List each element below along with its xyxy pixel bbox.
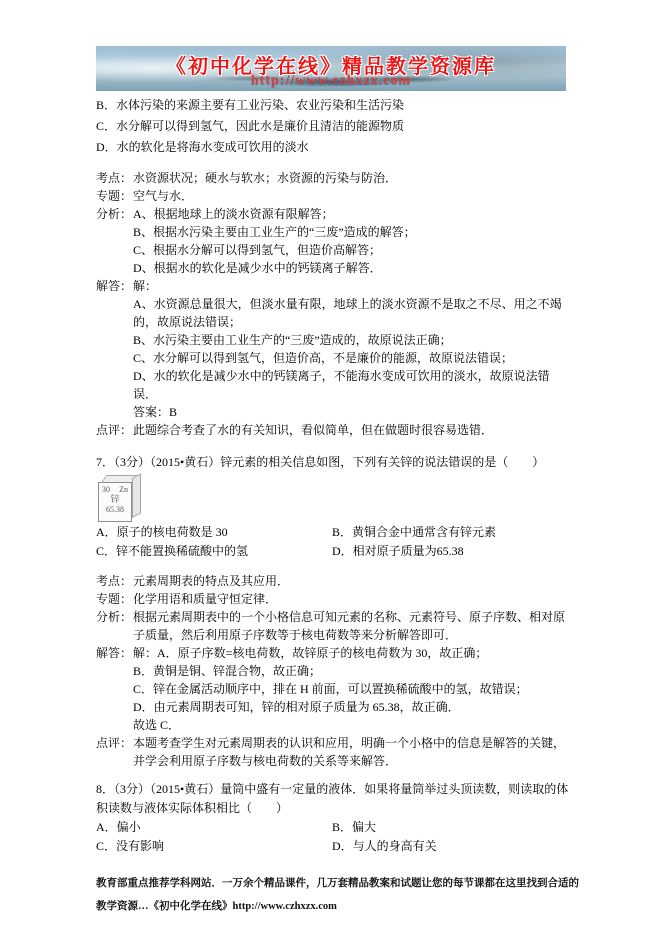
q7-option-c: C．锌不能置换稀硫酸中的氢 [96,542,332,561]
q7-section-zhuanti: 专题： 化学用语和质量守恒定律． [96,590,570,608]
section-text: 化学用语和质量守恒定律． [133,590,570,608]
tile-front-face: 30 Zn 锌 65.38 [98,482,132,522]
section-label: 点评： [96,421,132,439]
answer-line: D．由元素周期表可知，锌的相对原子质量为 65.38，故正确． [133,698,570,716]
answer-line: A、水资源总量很大，但淡水量有限，地球上的淡水资源不是取之不尽、用之不竭的，故原… [133,295,570,331]
q7-solution: 考点： 元素周期表的特点及其应用． 专题： 化学用语和质量守恒定律． 分析： 根… [96,572,570,770]
element-symbol: Zn [119,486,128,494]
q7-options: A．原子的核电荷数是 30 B．黄铜合金中通常含有锌元素 C．锌不能置换稀硫酸中… [96,523,570,561]
section-text: 根据元素周期表中的一个小格信息可知元素的名称、元素符号、原子序数、相对原子质量，… [133,608,570,644]
q6-section-fenxi: 分析： A、根据地球上的淡水资源有限解答； B、根据水污染主要由工业生产的“三废… [96,205,570,277]
q6-section-kaodian: 考点： 水资源状况；硬水与软水；水资源的污染与防治． [96,169,570,187]
answer-final: 故选 C． [133,716,570,734]
q8-question: 8．（3分）（2015•黄石）量筒中盛有一定量的液体．如果将量筒举过头顶读数，则… [96,780,570,818]
answer-line: C、水分解可以得到氢气，但造价高，不是廉价的能源，故原说法错误； [133,349,570,367]
page-footer: 教育部重点推荐学科网站．一万余个精品课件，几万套精品教案和试题让您的每节课都在这… [96,872,570,918]
analysis-line: D、根据水的软化是减少水中的钙镁离子解答． [133,259,570,277]
document-page: 《初中化学在线》精品教学资源库 http://www.czhxzx.com B．… [0,0,661,935]
answer-line: C．锌在金属活动顺序中，排在 H 前面，可以置换稀硫酸中的氢，故错误； [133,680,570,698]
answer-line: B．黄铜是铜、锌混合物，故正确； [133,662,570,680]
q8-options: A．偏小 B．偏大 C．没有影响 D．与人的身高有关 [96,818,570,856]
footer-url[interactable]: http://www.czhxzx.com [233,901,337,912]
q6-section-zhuanti: 专题： 空气与水． [96,187,570,205]
section-text: 空气与水． [133,187,570,205]
atomic-mass: 65.38 [99,505,131,514]
section-label: 解答： [96,277,132,295]
footer-line2-text: 教学资源…《初中化学在线》 [96,901,233,912]
q7-option-a: A．原子的核电荷数是 30 [96,523,332,542]
section-label: 考点： [96,169,132,187]
q6-options: B．水体污染的来源主要有工业污染、农业污染和生活污染 C．水分解可以得到氢气，因… [96,95,570,158]
q6-option-b: B．水体污染的来源主要有工业污染、农业污染和生活污染 [96,95,570,116]
section-label: 分析： [96,205,132,223]
section-label: 考点： [96,572,132,590]
q6-option-c: C．水分解可以得到氢气，因此水是廉价且清洁的能源物质 [96,116,570,137]
site-banner[interactable]: 《初中化学在线》精品教学资源库 http://www.czhxzx.com [96,46,566,91]
q8-option-b: B．偏大 [332,818,376,837]
q8-option-d: D．与人的身高有关 [332,837,437,856]
q6-solution: 考点： 水资源状况；硬水与软水；水资源的污染与防治． 专题： 空气与水． 分析：… [96,169,570,439]
section-label: 专题： [96,187,132,205]
section-label: 解答： [96,644,132,662]
section-label: 专题： [96,590,132,608]
atomic-number: 30 [102,486,110,494]
answer-line: 解： [133,277,570,295]
q7-section-kaodian: 考点： 元素周期表的特点及其应用． [96,572,570,590]
q6-option-d: D．水的软化是将海水变成可饮用的淡水 [96,137,570,158]
section-label: 分析： [96,608,132,626]
q6-section-jieda: 解答： 解： A、水资源总量很大，但淡水量有限，地球上的淡水资源不是取之不尽、用… [96,277,570,421]
q7-option-d: D．相对原子质量为65.38 [332,542,464,561]
q7-section-dianping: 点评： 本题考查学生对元素周期表的认识和应用，明确一个小格中的信息是解答的关键，… [96,734,570,770]
analysis-line: A、根据地球上的淡水资源有限解答； [133,205,570,223]
q8-block: 8．（3分）（2015•黄石）量筒中盛有一定量的液体．如果将量筒举过头顶读数，则… [96,780,570,856]
answer-line: D、水的软化是减少水中的钙镁离子，不能海水变成可饮用的淡水，故原说法错误． [133,367,570,403]
q6-section-dianping: 点评： 此题综合考查了水的有关知识，看似简单，但在做题时很容易选错． [96,421,570,439]
section-text: 水资源状况；硬水与软水；水资源的污染与防治． [133,169,570,187]
section-text: 元素周期表的特点及其应用． [133,572,570,590]
q8-option-a: A．偏小 [96,818,332,837]
answer-line: B、水污染主要由工业生产的“三废”造成的，故原说法正确； [133,331,570,349]
banner-url: http://www.czhxzx.com [96,73,566,89]
q7-option-b: B．黄铜合金中通常含有锌元素 [332,523,496,542]
document-content: 《初中化学在线》精品教学资源库 http://www.czhxzx.com B．… [96,46,570,918]
answer-line: 解：A．原子序数=核电荷数，故锌原子的核电荷数为 30，故正确； [133,644,570,662]
footer-line1: 教育部重点推荐学科网站．一万余个精品课件，几万套精品教案和试题让您的每节课都在这… [96,872,570,895]
q7-section-fenxi: 分析： 根据元素周期表中的一个小格信息可知元素的名称、元素符号、原子序数、相对原… [96,608,570,644]
answer-final: 答案：B [133,403,570,421]
section-text: 此题综合考查了水的有关知识，看似简单，但在做题时很容易选错． [133,421,570,439]
section-label: 点评： [96,734,132,752]
analysis-line: B、根据水污染主要由工业生产的“三废”造成的解答； [133,223,570,241]
element-name: 锌 [99,494,131,505]
analysis-line: C、根据水分解可以得到氢气，但造价高解答； [133,241,570,259]
q8-option-c: C．没有影响 [96,837,332,856]
footer-line2: 教学资源…《初中化学在线》http://www.czhxzx.com [96,895,570,918]
zinc-element-tile: 30 Zn 锌 65.38 [98,475,144,523]
q7-question: 7．（3分）（2015•黄石）锌元素的相关信息如图，下列有关锌的说法错误的是（ … [96,453,570,472]
tile-side-face [132,473,141,518]
q7-section-jieda: 解答： 解：A．原子序数=核电荷数，故锌原子的核电荷数为 30，故正确； B．黄… [96,644,570,734]
section-text: 本题考查学生对元素周期表的认识和应用，明确一个小格中的信息是解答的关键，并学会利… [133,734,570,770]
